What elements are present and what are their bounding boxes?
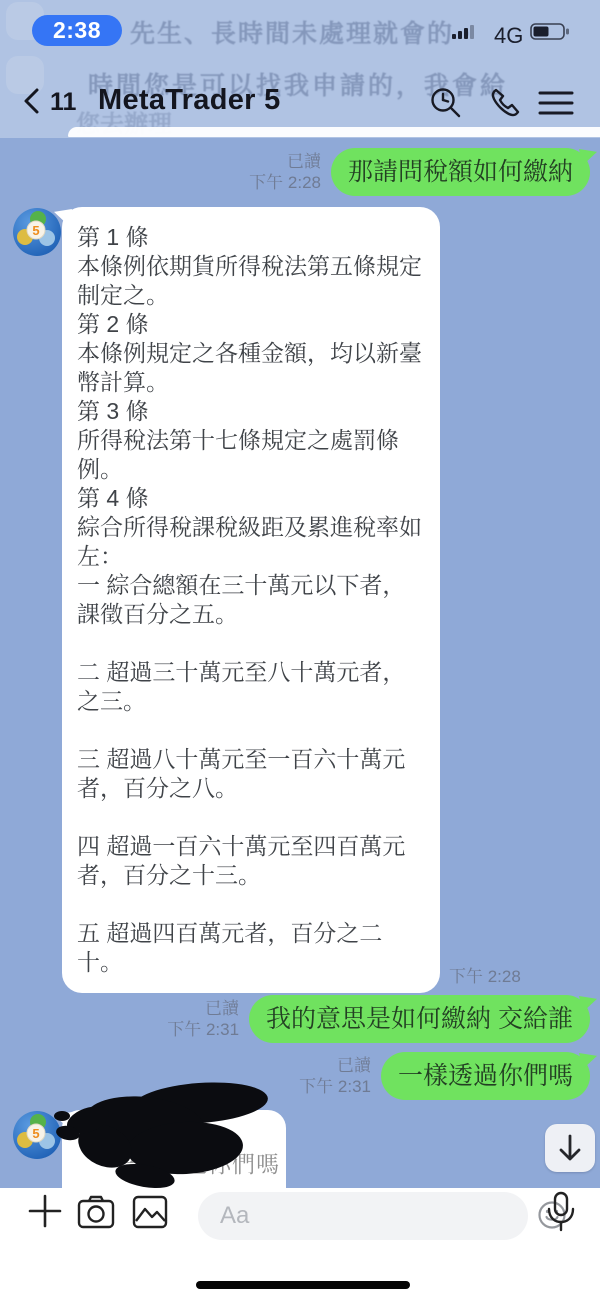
camera-icon: [77, 1195, 115, 1229]
redaction-scribble: [50, 1078, 275, 1190]
message-time: 下午 2:31: [299, 1076, 371, 1097]
camera-button[interactable]: [76, 1194, 116, 1232]
image-icon: [132, 1195, 168, 1229]
avatar[interactable]: 5: [12, 207, 62, 257]
message-input[interactable]: [198, 1202, 530, 1230]
call-button[interactable]: [486, 86, 524, 122]
ghost-bubble-top-edge: [68, 127, 600, 137]
battery-icon: [530, 23, 570, 40]
chevron-left-icon: [21, 87, 43, 115]
svg-text:5: 5: [32, 223, 39, 238]
photo-gallery-button[interactable]: [130, 1195, 170, 1231]
message-input-bar: [0, 1188, 600, 1299]
message-text-field[interactable]: [198, 1192, 528, 1240]
received-message-bubble[interactable]: 第 1 條 本條例依期貨所得稅法第五條規定制定之。 第 2 條 本條例規定之各種…: [62, 207, 440, 993]
phone-icon: [488, 86, 522, 120]
unread-count-badge: 11: [50, 88, 76, 117]
svg-text:5: 5: [32, 1126, 39, 1141]
menu-button[interactable]: [536, 88, 576, 120]
hamburger-menu-icon: [537, 88, 575, 118]
status-time-pill[interactable]: 2:38: [32, 15, 122, 46]
scroll-to-bottom-button[interactable]: [545, 1124, 595, 1172]
read-receipt: 已讀: [249, 151, 321, 172]
add-attachment-button[interactable]: [27, 1192, 63, 1232]
message-row: 已讀 下午 2:28 那請問稅額如何繳納: [249, 148, 590, 196]
read-receipt: 已讀: [299, 1055, 371, 1076]
message-time: 下午 2:28: [449, 962, 521, 987]
metatrader5-logo-icon: 5: [12, 207, 62, 257]
microphone-icon: [546, 1191, 576, 1233]
signal-strength-icon: [452, 24, 476, 40]
message-meta: 已讀 下午 2:31: [299, 1055, 371, 1097]
message-row: 已讀 下午 2:31 我的意思是如何繳納 交給誰: [167, 995, 590, 1043]
voice-message-button[interactable]: [543, 1191, 579, 1235]
message-row: 5 第 1 條 本條例依期貨所得稅法第五條規定制定之。 第 2 條 本條例規定之…: [12, 207, 521, 993]
arrow-down-icon: [545, 1124, 595, 1172]
network-type-label: 4G: [494, 23, 523, 49]
sent-message-bubble[interactable]: 一樣透過你們嗎: [381, 1052, 590, 1100]
home-indicator[interactable]: [196, 1281, 410, 1289]
sent-message-bubble[interactable]: 那請問稅額如何繳納: [331, 148, 590, 196]
search-icon: [429, 86, 463, 120]
read-receipt: 已讀: [167, 998, 239, 1019]
message-meta: 已讀 下午 2:28: [249, 151, 321, 193]
message-meta: 已讀 下午 2:31: [167, 998, 239, 1040]
message-time: 下午 2:28: [249, 172, 321, 193]
plus-icon: [28, 1194, 62, 1228]
chat-screen: 已讀 下午 2:28 那請問稅額如何繳納 5 第 1 條 本條例依期貨所得稅法第…: [0, 0, 600, 1299]
message-time: 下午 2:31: [167, 1019, 239, 1040]
chat-title: MetaTrader 5: [98, 84, 281, 117]
message-row: 已讀 下午 2:31 一樣透過你們嗎: [299, 1052, 590, 1100]
sent-message-bubble[interactable]: 我的意思是如何繳納 交給誰: [249, 995, 590, 1043]
back-button[interactable]: [18, 86, 46, 118]
ghost-message-text: 先生、長時間未處理就會的 ·: [130, 14, 473, 50]
search-button[interactable]: [428, 86, 464, 122]
top-bar: 先生、長時間未處理就會的 · 時間您是可以找我申請的，我會給 您去辦理 2:38…: [0, 0, 600, 138]
